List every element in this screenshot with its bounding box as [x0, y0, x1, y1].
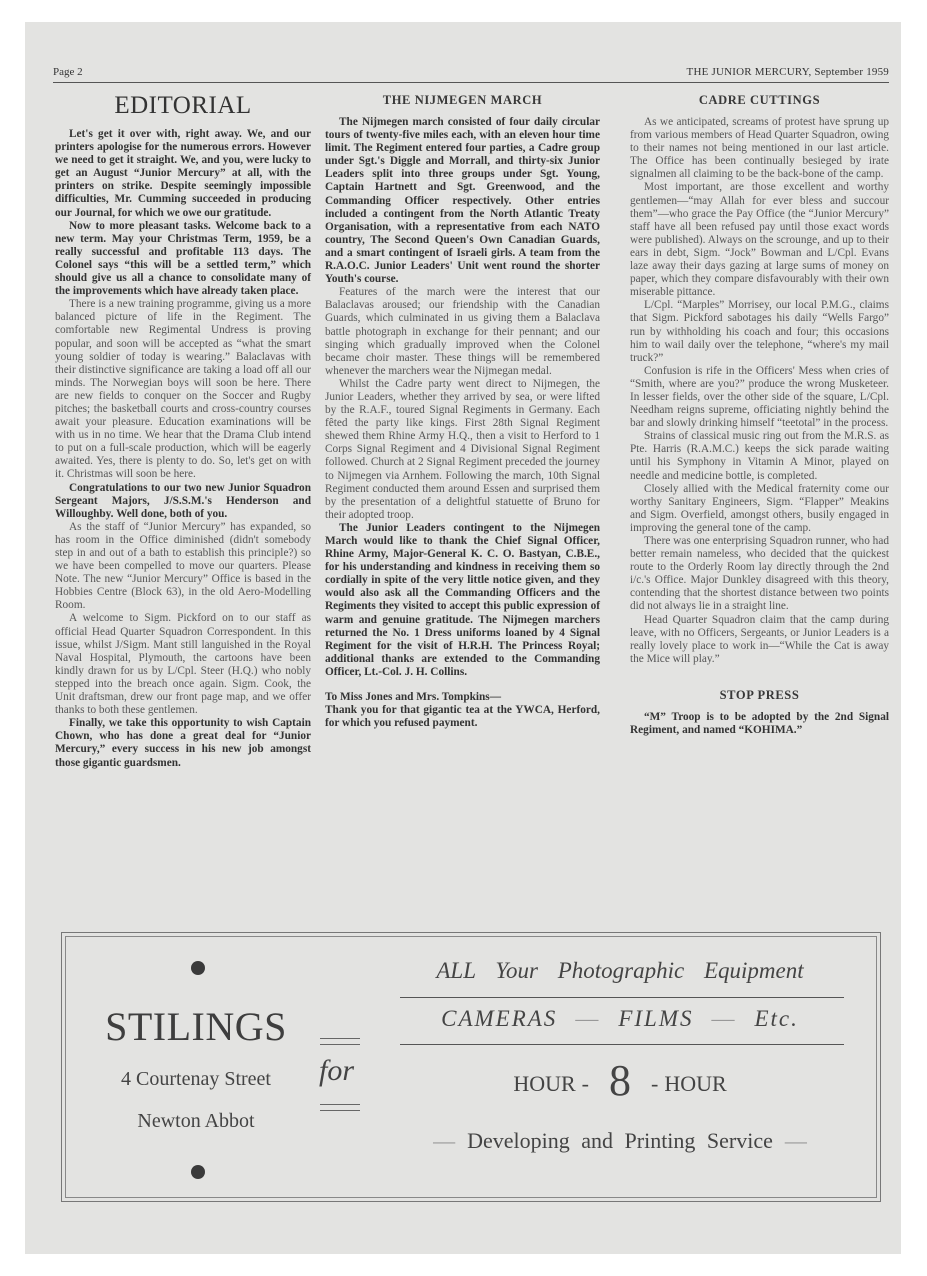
advert-brand: STILINGS	[96, 1005, 296, 1049]
nijmegen-paragraph: Features of the march were the interest …	[325, 286, 600, 378]
editorial-title: EDITORIAL	[55, 92, 311, 120]
stilings-advert: STILINGS 4 Courtenay Street Newton Abbot…	[61, 932, 881, 1202]
advert-address-street: 4 Courtenay Street	[96, 1067, 296, 1091]
newsletter-page: Page 2 THE JUNIOR MERCURY, September 195…	[25, 22, 901, 1254]
editorial-paragraph: As the staff of “Junior Mercury” has exp…	[55, 521, 311, 613]
cadre-paragraph: Head Quarter Squadron claim that the cam…	[630, 614, 889, 666]
advert-inner-border: STILINGS 4 Courtenay Street Newton Abbot…	[65, 936, 877, 1198]
double-rule-ornament	[320, 1104, 360, 1111]
product-cameras: CAMERAS	[441, 1006, 557, 1031]
advert-rule	[400, 997, 844, 998]
cadre-paragraph: As we anticipated, screams of protest ha…	[630, 116, 889, 181]
cadre-column: CADRE CUTTINGS As we anticipated, scream…	[630, 88, 889, 737]
advert-offer: ALL Your Photographic Equipment CAMERAS—…	[396, 937, 844, 1197]
service-edge-dash: —	[433, 1128, 455, 1153]
cadre-paragraph: Confusion is rife in the Officers' Mess …	[630, 365, 889, 430]
cadre-paragraph: Most important, are those excellent and …	[630, 181, 889, 299]
service-dash: -	[651, 1071, 658, 1096]
editorial-paragraph: Let's get it over with, right away. We, …	[55, 128, 311, 220]
editorial-paragraph: Now to more pleasant tasks. Welcome back…	[55, 220, 311, 299]
page-number: Page 2	[53, 66, 83, 78]
service-number: 8	[609, 1056, 631, 1105]
service-suffix: HOUR	[664, 1071, 726, 1096]
publication-title: THE JUNIOR MERCURY, September 1959	[687, 66, 889, 78]
product-separator: —	[575, 1006, 600, 1031]
bullet-dot-icon	[191, 961, 205, 975]
nijmegen-title: THE NIJMEGEN MARCH	[325, 93, 600, 108]
editorial-paragraph: Finally, we take this opportunity to wis…	[55, 717, 311, 769]
service-edge-dash: —	[785, 1128, 807, 1153]
double-rule-ornament	[320, 1038, 360, 1045]
service-description: Developing and Printing Service	[467, 1128, 773, 1153]
service-prefix: HOUR	[513, 1071, 575, 1096]
advert-rule	[400, 1044, 844, 1045]
bullet-dot-icon	[191, 1165, 205, 1179]
advert-headline: ALL Your Photographic Equipment	[396, 957, 844, 985]
advert-products: CAMERAS—FILMS—Etc.	[396, 1005, 844, 1033]
product-separator: —	[711, 1006, 736, 1031]
product-etc: Etc.	[754, 1006, 798, 1031]
advert-address-town: Newton Abbot	[96, 1109, 296, 1133]
advert-service-line: —Developing and Printing Service—	[396, 1127, 844, 1155]
thanks-body: Thank you for that gigantic tea at the Y…	[325, 704, 600, 730]
cadre-title: CADRE CUTTINGS	[630, 93, 889, 108]
editorial-paragraph: A welcome to Sigm. Pickford on to our st…	[55, 612, 311, 717]
nijmegen-paragraph: The Junior Leaders contingent to the Nij…	[325, 522, 600, 679]
cadre-paragraph: Closely allied with the Medical fraterni…	[630, 483, 889, 535]
cadre-paragraph: L/Cpl. “Marples” Morrisey, our local P.M…	[630, 299, 889, 364]
advert-connector: for	[319, 1053, 354, 1089]
nijmegen-column: THE NIJMEGEN MARCH The Nijmegen march co…	[325, 88, 600, 730]
nijmegen-paragraph: The Nijmegen march consisted of four dai…	[325, 116, 600, 286]
stop-press-title: STOP PRESS	[630, 688, 889, 703]
service-dash: -	[582, 1071, 589, 1096]
cadre-paragraph: There was one enterprising Squadron runn…	[630, 535, 889, 614]
cadre-paragraph: Strains of classical music ring out from…	[630, 430, 889, 482]
editorial-column: EDITORIAL Let's get it over with, right …	[55, 88, 311, 770]
editorial-paragraph: There is a new training programme, givin…	[55, 298, 311, 481]
running-header: Page 2 THE JUNIOR MERCURY, September 195…	[53, 66, 889, 80]
product-films: FILMS	[618, 1006, 693, 1031]
advert-service-speed: HOUR-8-HOUR	[396, 1057, 844, 1108]
header-rule	[53, 82, 889, 83]
editorial-paragraph: Congratulations to our two new Junior Sq…	[55, 482, 311, 521]
stop-press-body: “M” Troop is to be adopted by the 2nd Si…	[630, 711, 889, 737]
thanks-heading: To Miss Jones and Mrs. Tompkins—	[325, 691, 600, 704]
nijmegen-paragraph: Whilst the Cadre party went direct to Ni…	[325, 378, 600, 522]
